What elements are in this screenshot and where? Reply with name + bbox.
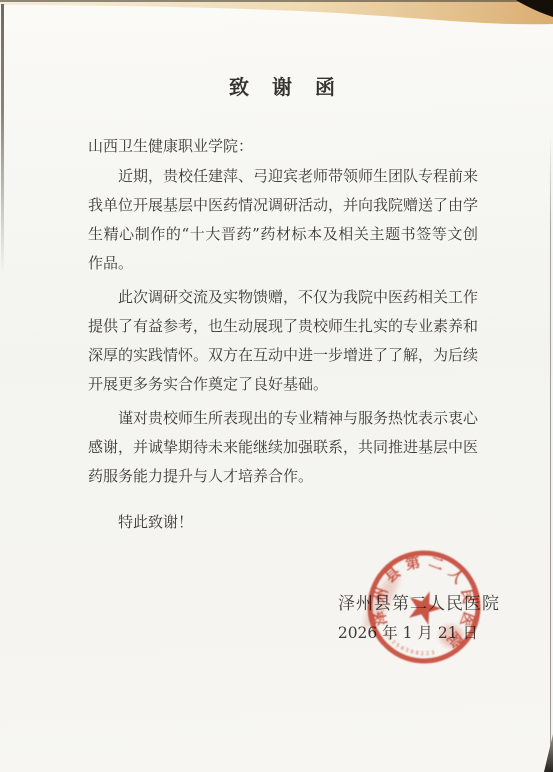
letter-paragraph: 近期，贵校任建萍、弓迎宾老师带领师生团队专程前来我单位开展基层中医药情况调研活动… xyxy=(88,162,478,278)
scanned-letter-page: 致 谢 函 山西卫生健康职业学院： 近期，贵校任建萍、弓迎宾老师带领师生团队专程… xyxy=(0,0,553,772)
scan-right-edge-artifact xyxy=(550,135,552,772)
scan-top-edge-artifact xyxy=(0,0,553,30)
letter-body: 致 谢 函 山西卫生健康职业学院： 近期，贵校任建萍、弓迎宾老师带领师生团队专程… xyxy=(88,75,478,645)
scan-left-edge-artifact xyxy=(1,4,4,274)
letter-closing: 特此致谢！ xyxy=(88,508,478,537)
letter-paragraph: 谨对贵校师生所表现出的专业精神与服务热忱表示衷心感谢，并诚挚期待未来能继续加强联… xyxy=(88,404,478,491)
signature-date: 2026 年 1 月 21 日 xyxy=(88,621,478,645)
letter-salutation: 山西卫生健康职业学院： xyxy=(88,135,478,157)
signature-org-name: 泽州县第二人民医院 xyxy=(88,591,500,617)
letter-paragraphs: 近期，贵校任建萍、弓迎宾老师带领师生团队专程前来我单位开展基层中医药情况调研活动… xyxy=(88,162,478,491)
letter-title: 致 谢 函 xyxy=(88,75,478,99)
scan-bottom-right-corner-artifact xyxy=(544,734,553,772)
letter-paragraph: 此次调研交流及实物馈赠，不仅为我院中医药相关工作提供了有益参考，也生动展现了贵校… xyxy=(88,283,478,399)
